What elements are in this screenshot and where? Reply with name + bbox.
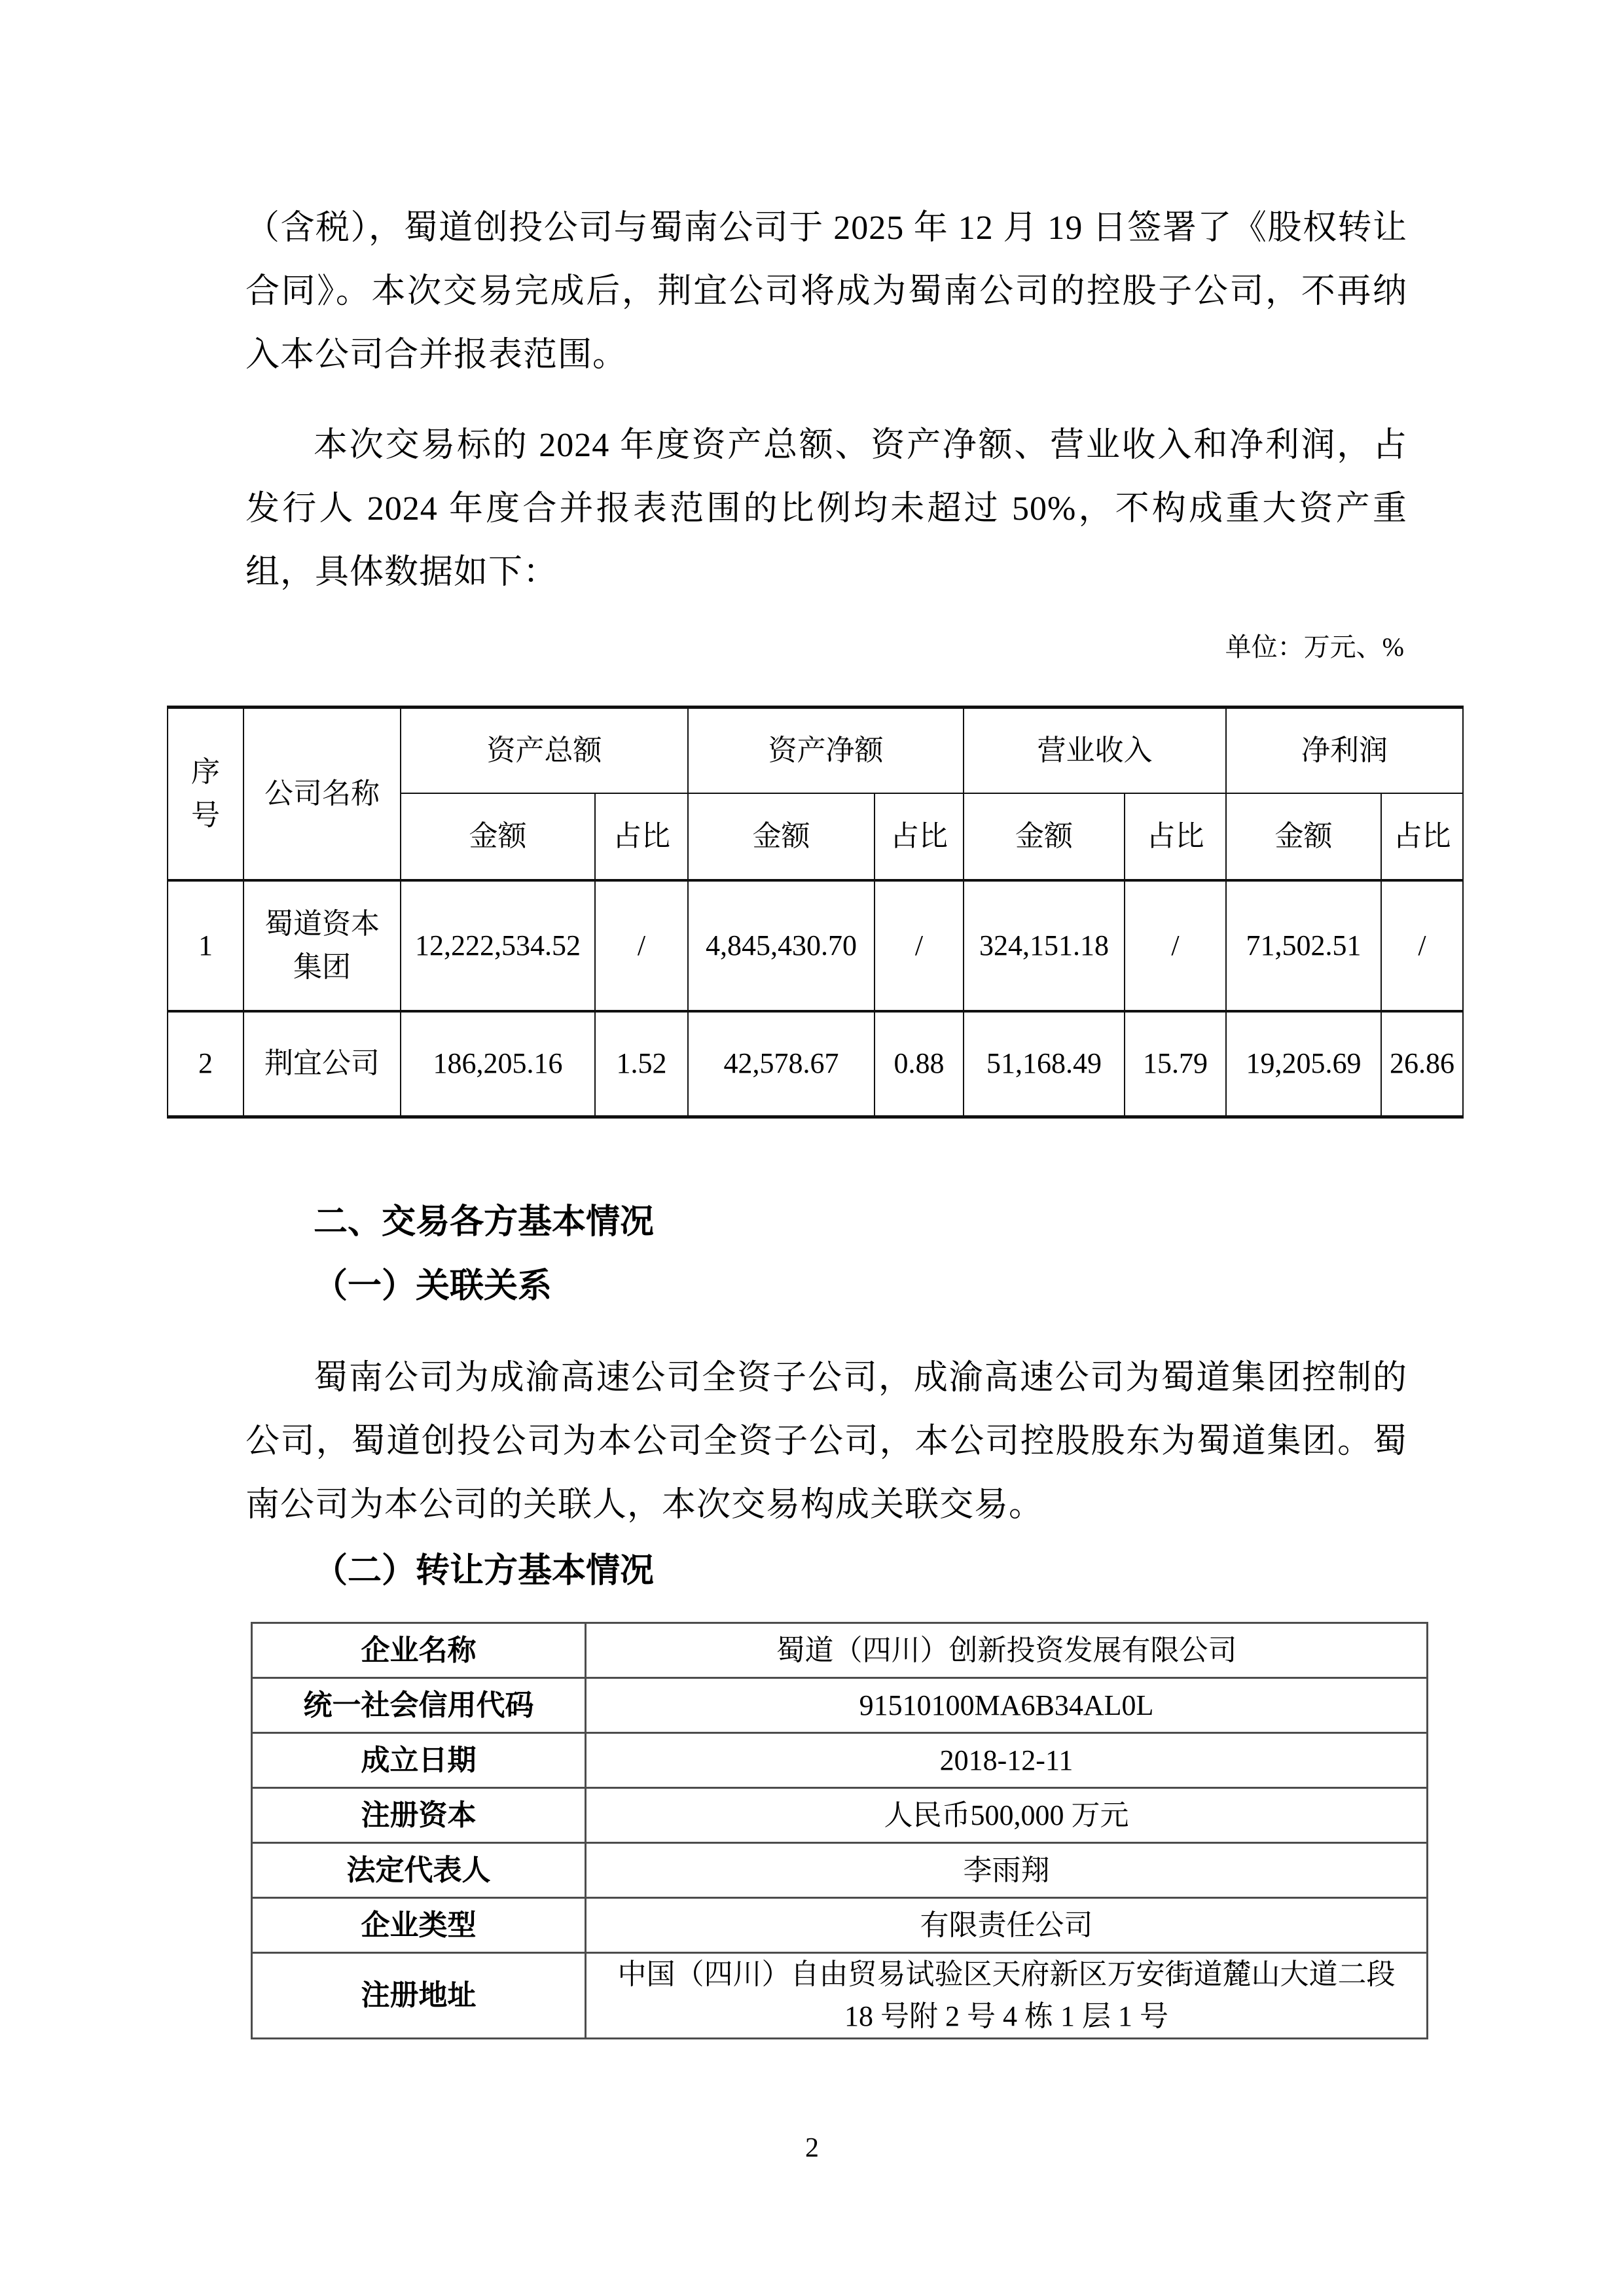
- page-number: 2: [0, 2132, 1624, 2164]
- cell-revenue-amount: 51,168.49: [964, 1011, 1125, 1117]
- paragraph-related-party-relationship: 蜀南公司为成渝高速公司全资子公司，成渝高速公司为蜀道集团控制的公司，蜀道创投公司…: [245, 1346, 1407, 1537]
- label-establish-date: 成立日期: [252, 1733, 586, 1788]
- subheader-ratio: 占比: [1381, 793, 1463, 880]
- table-row: 法定代表人 李雨翔: [252, 1843, 1428, 1898]
- table-row: 统一社会信用代码 91510100MA6B34AL0L: [252, 1678, 1428, 1733]
- subheader-amount: 金额: [1226, 793, 1381, 880]
- table-row: 注册地址 中国（四川）自由贸易试验区天府新区万安街道麓山大道二段 18 号附 2…: [252, 1953, 1428, 2039]
- cell-net-assets-amount: 4,845,430.70: [688, 880, 875, 1011]
- cell-net-profit-ratio: /: [1381, 880, 1463, 1011]
- label-enterprise-type: 企业类型: [252, 1898, 586, 1953]
- paragraph-transfer-agreement: （含税），蜀道创投公司与蜀南公司于 2025 年 12 月 19 日签署了《股权…: [245, 196, 1407, 387]
- table-unit-note: 单位：万元、%: [1047, 632, 1404, 662]
- table-row: 2 荆宜公司 186,205.16 1.52 42,578.67 0.88 51…: [168, 1011, 1463, 1117]
- value-enterprise-type: 有限责任公司: [586, 1898, 1428, 1953]
- col-header-seq: 序 号: [168, 708, 244, 880]
- subheader-ratio: 占比: [875, 793, 964, 880]
- table-row: 注册资本 人民币500,000 万元: [252, 1788, 1428, 1843]
- table-row: 1 蜀道资本 集团 12,222,534.52 / 4,845,430.70 /…: [168, 880, 1463, 1011]
- value-registered-capital: 人民币500,000 万元: [586, 1788, 1428, 1843]
- cell-net-profit-amount: 71,502.51: [1226, 880, 1381, 1011]
- value-registered-address: 中国（四川）自由贸易试验区天府新区万安街道麓山大道二段 18 号附 2 号 4 …: [586, 1953, 1428, 2039]
- table-row: 成立日期 2018-12-11: [252, 1733, 1428, 1788]
- cell-revenue-ratio: 15.79: [1125, 1011, 1226, 1117]
- subheader-amount: 金额: [964, 793, 1125, 880]
- cell-net-assets-ratio: /: [875, 880, 964, 1011]
- cell-company: 荆宜公司: [244, 1011, 401, 1117]
- transferor-info-table: 企业名称 蜀道（四川）创新投资发展有限公司 统一社会信用代码 91510100M…: [251, 1622, 1428, 2039]
- label-enterprise-name: 企业名称: [252, 1623, 586, 1678]
- table-row: 企业类型 有限责任公司: [252, 1898, 1428, 1953]
- value-legal-representative: 李雨翔: [586, 1843, 1428, 1898]
- cell-company: 蜀道资本 集团: [244, 880, 401, 1011]
- col-header-revenue: 营业收入: [964, 708, 1226, 793]
- cell-revenue-ratio: /: [1125, 880, 1226, 1011]
- financial-summary-table: 序 号 公司名称 资产总额 资产净额 营业收入 净利润 金额 占比 金额 占比 …: [167, 706, 1464, 1119]
- value-credit-code: 91510100MA6B34AL0L: [586, 1678, 1428, 1733]
- col-header-net-assets: 资产净额: [688, 708, 964, 793]
- label-legal-representative: 法定代表人: [252, 1843, 586, 1898]
- cell-total-assets-amount: 186,205.16: [401, 1011, 595, 1117]
- label-registered-address: 注册地址: [252, 1953, 586, 2039]
- cell-net-profit-amount: 19,205.69: [1226, 1011, 1381, 1117]
- label-credit-code: 统一社会信用代码: [252, 1678, 586, 1733]
- col-header-net-profit: 净利润: [1226, 708, 1463, 793]
- subheader-ratio: 占比: [1125, 793, 1226, 880]
- cell-total-assets-amount: 12,222,534.52: [401, 880, 595, 1011]
- heading-transferor-info: （二）转让方基本情况: [245, 1552, 1407, 1591]
- paragraph-transaction-ratios: 本次交易标的 2024 年度资产总额、资产净额、营业收入和净利润，占发行人 20…: [245, 414, 1407, 604]
- cell-net-assets-ratio: 0.88: [875, 1011, 964, 1117]
- col-header-company: 公司名称: [244, 708, 401, 880]
- cell-total-assets-ratio: 1.52: [595, 1011, 688, 1117]
- value-establish-date: 2018-12-11: [586, 1733, 1428, 1788]
- document-page: { "paragraphs": { "p1": "（含税），蜀道创投公司与蜀南公…: [0, 0, 1624, 2296]
- heading-section-2: 二、交易各方基本情况: [245, 1203, 1407, 1242]
- cell-net-assets-amount: 42,578.67: [688, 1011, 875, 1117]
- value-enterprise-name: 蜀道（四川）创新投资发展有限公司: [586, 1623, 1428, 1678]
- table-row: 企业名称 蜀道（四川）创新投资发展有限公司: [252, 1623, 1428, 1678]
- col-header-total-assets: 资产总额: [401, 708, 688, 793]
- cell-seq: 2: [168, 1011, 244, 1117]
- cell-total-assets-ratio: /: [595, 880, 688, 1011]
- subheader-amount: 金额: [688, 793, 875, 880]
- subheader-amount: 金额: [401, 793, 595, 880]
- cell-seq: 1: [168, 880, 244, 1011]
- heading-related-party: （一）关联关系: [245, 1267, 1407, 1306]
- cell-revenue-amount: 324,151.18: [964, 880, 1125, 1011]
- label-registered-capital: 注册资本: [252, 1788, 586, 1843]
- cell-net-profit-ratio: 26.86: [1381, 1011, 1463, 1117]
- subheader-ratio: 占比: [595, 793, 688, 880]
